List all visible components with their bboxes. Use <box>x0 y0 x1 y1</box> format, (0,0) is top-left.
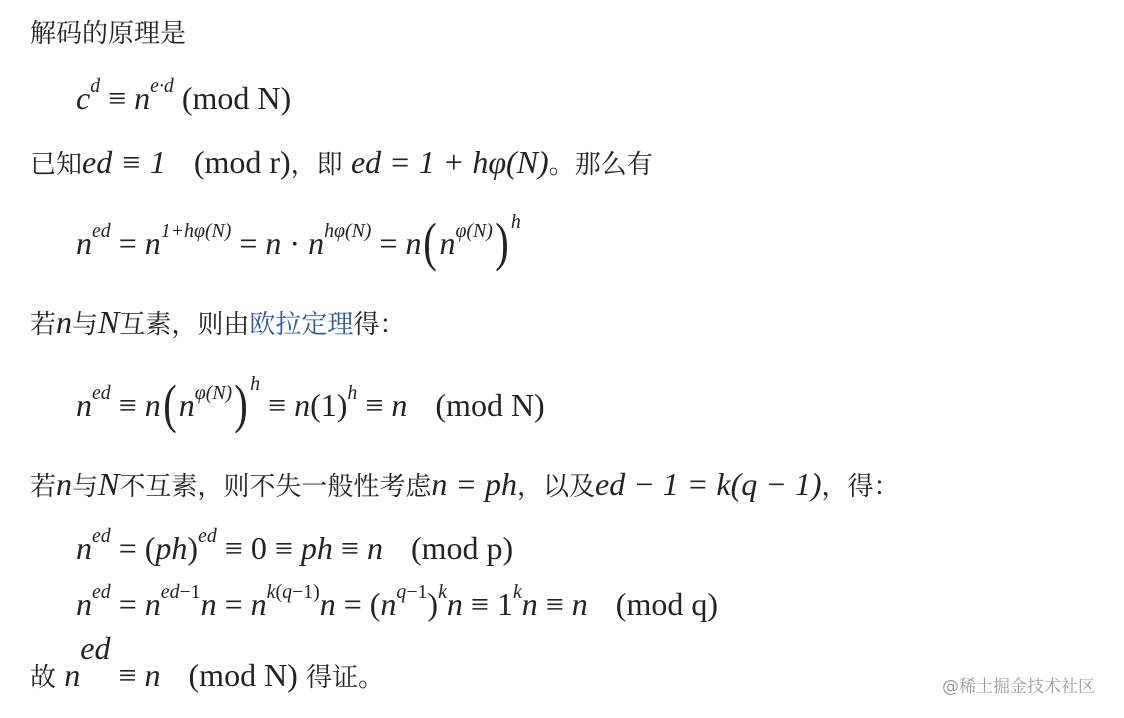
eq: = <box>119 530 137 566</box>
eq1-rhs-exponent: e·d <box>150 75 174 97</box>
noncoprime-math1: n = ph <box>431 466 517 502</box>
noncoprime-math2: ed − 1 = k(q − 1) <box>595 466 822 502</box>
watermark: @稀土掘金技术社区 <box>942 672 1095 697</box>
eq1-lhs: c <box>76 80 90 116</box>
n: n <box>265 225 281 261</box>
n: n <box>179 387 195 423</box>
equation-mod-q: ned = ned−1n = nk(q−1)n = (nq−1)kn ≡ 1kn… <box>76 584 718 624</box>
n: n <box>405 225 421 261</box>
eq1-op: ≡ <box>108 80 126 116</box>
exp: ed <box>92 382 111 404</box>
equation-decoding: cd ≡ ne·d (mod N) <box>76 78 291 118</box>
cong: ≡ <box>268 387 286 423</box>
conclusion: 故 ned ≡ n(mod N) 得证。 <box>30 648 384 698</box>
exp: 1+hφ(N) <box>161 220 232 242</box>
right-paren: ) <box>495 222 508 262</box>
cong: ≡ <box>225 530 243 566</box>
coprime-prefix: 若 <box>30 310 56 340</box>
eq: = <box>225 586 243 622</box>
equation-expansion: ned = n1+hφ(N) = n · nhφ(N) = n(nφ(N))h <box>76 222 521 263</box>
exp: ed <box>92 525 111 547</box>
conclusion-suffix: 得证。 <box>298 663 384 693</box>
known-prefix: 已知 <box>30 150 82 180</box>
cong: ≡ <box>546 586 564 622</box>
known-suffix: 。那么有 <box>549 150 653 180</box>
with: 与 <box>72 472 98 502</box>
var-n: n <box>56 466 72 502</box>
euler-theorem-link[interactable]: 欧拉定理 <box>249 310 353 340</box>
conclusion-mod: (mod N) <box>189 657 298 693</box>
exp: ed <box>92 220 111 242</box>
left-paren: ( <box>424 222 437 262</box>
eq: = <box>119 225 137 261</box>
n: n <box>294 387 310 423</box>
conclusion-prefix: 故 <box>30 663 64 693</box>
var-n: n <box>56 304 72 340</box>
known-mid: ，即 <box>291 150 351 180</box>
cong: ≡ <box>275 530 293 566</box>
known-statement: 已知ed ≡ 1(mod r)，即 ed = 1 + hφ(N)。那么有 <box>30 142 653 185</box>
var-N: N <box>98 304 119 340</box>
noncoprime-statement: 若n与N不互素，则不失一般性考虑n = ph，以及ed − 1 = k(q − … <box>30 464 900 507</box>
exp: φ(N) <box>455 220 492 242</box>
noncoprime-text2: ，以及 <box>517 472 595 502</box>
exp: ed <box>92 581 111 603</box>
coprime-statement: 若n与N互素，则由欧拉定理得： <box>30 302 405 345</box>
noncoprime-text1: 不互素，则不失一般性考虑 <box>119 472 431 502</box>
mod: (mod p) <box>411 530 513 566</box>
equation-coprime: ned ≡ n(nφ(N))h ≡ n(1)h ≡ n(mod N) <box>76 384 545 425</box>
eq1-mod: (mod N) <box>182 80 291 116</box>
noncoprime-prefix: 若 <box>30 472 56 502</box>
intro-text: 解码的原理是 <box>30 14 186 54</box>
n: n <box>76 530 92 566</box>
var-N: N <box>98 466 119 502</box>
noncoprime-suffix: ，得： <box>822 472 900 502</box>
n: n <box>145 387 161 423</box>
eq: = <box>344 586 362 622</box>
exp: h <box>511 211 521 233</box>
n: n <box>391 387 407 423</box>
eq: = <box>379 225 397 261</box>
n: n <box>76 225 92 261</box>
exp: h <box>250 373 260 395</box>
left-paren: ( <box>163 384 176 424</box>
eq: = <box>239 225 257 261</box>
n: n <box>76 387 92 423</box>
coprime-suffix: 得： <box>353 310 405 340</box>
n: n <box>367 530 383 566</box>
equation-mod-p: ned = (ph)ed ≡ 0 ≡ ph ≡ n(mod p) <box>76 528 513 568</box>
exp: h <box>347 382 357 404</box>
cong: ≡ <box>471 586 489 622</box>
n: n <box>308 225 324 261</box>
known-mod: (mod r) <box>194 144 291 180</box>
exp: φ(N) <box>195 382 232 404</box>
mod: (mod q) <box>616 586 718 622</box>
exp: hφ(N) <box>324 220 371 242</box>
n: n <box>439 225 455 261</box>
exp: ed <box>198 525 217 547</box>
coprime-text: 互素，则由 <box>119 310 249 340</box>
n: n <box>145 225 161 261</box>
right-paren: ) <box>234 384 247 424</box>
cong: ≡ <box>365 387 383 423</box>
cong: ≡ <box>119 387 137 423</box>
cong: ≡ <box>341 530 359 566</box>
eq: = <box>119 586 137 622</box>
coprime-with: 与 <box>72 310 98 340</box>
eq1-lhs-exponent: d <box>90 75 100 97</box>
mod: (mod N) <box>435 387 544 423</box>
known-math-equation: ed = 1 + hφ(N) <box>351 144 549 180</box>
n: n <box>76 586 92 622</box>
eq1-rhs: n <box>134 80 150 116</box>
known-math-congruence: ed ≡ 1 <box>82 144 166 180</box>
